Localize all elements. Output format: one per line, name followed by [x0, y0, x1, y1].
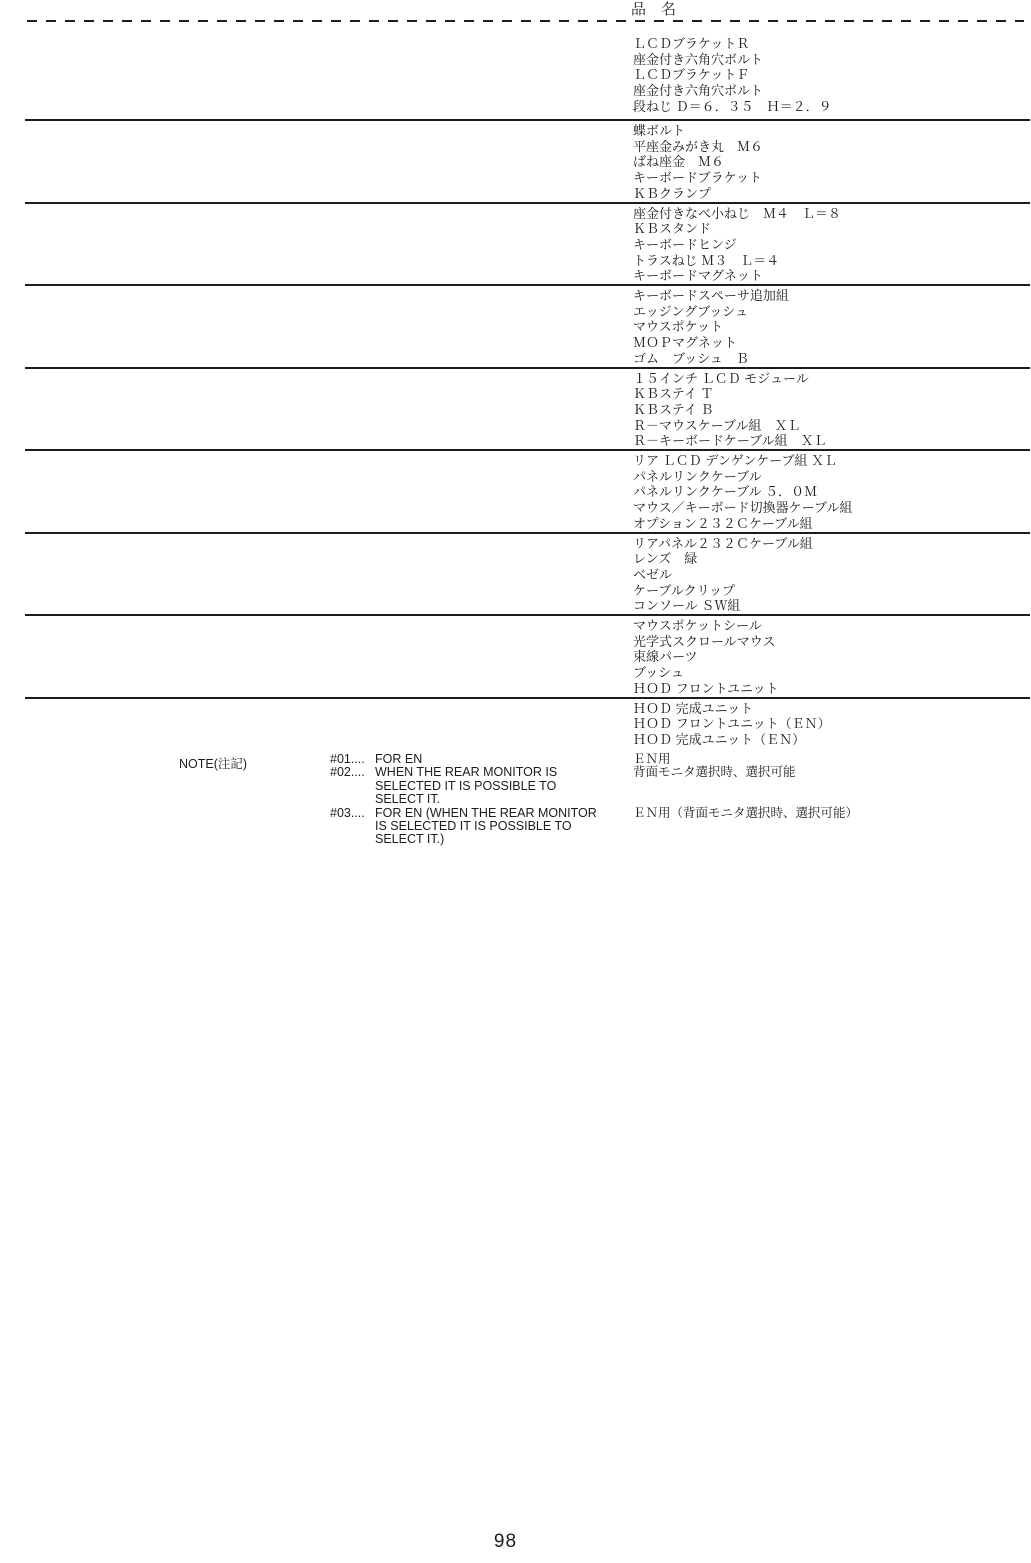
part-name-row: 座金付き六角穴ボルト [633, 83, 1030, 99]
part-name-row: ベゼル [633, 567, 1030, 583]
part-name-row: １５インチ ＬＣＤ モジュール [633, 371, 1030, 387]
part-name-row: キーボードヒンジ [633, 237, 1030, 253]
part-name-row: マウスポケットシール [633, 618, 1030, 634]
note-number: #03.... [330, 807, 375, 847]
parts-group: 蝶ボルト平座金みがき丸 Ｍ６ばね座金 Ｍ６キーボードブラケットＫＢクランプ [25, 119, 1030, 202]
note-text-line: SELECT IT.) [375, 833, 597, 846]
note-number: #02.... [330, 766, 375, 806]
note-text-line: SELECTED IT IS POSSIBLE TO [375, 780, 557, 793]
parts-group: １５インチ ＬＣＤ モジュールＫＢステイ ＴＫＢステイ ＢＲ－マウスケーブル組 … [25, 367, 1030, 450]
parts-group: マウスポケットシール光学式スクロールマウス束線パーツブッシュＨＯＤ フロントユニ… [25, 614, 1030, 697]
part-name-row: ケーブルクリップ [633, 583, 1030, 599]
part-name-row: ＭＯＰマグネット [633, 335, 1030, 351]
part-name-row: パネルリンクケーブル ５．０Ｍ [633, 484, 1030, 500]
part-name-row: リア ＬＣＤ デンゲンケーブ組 ＸＬ [633, 453, 1030, 469]
part-name-row: 光学式スクロールマウス [633, 634, 1030, 650]
note-text-line: WHEN THE REAR MONITOR IS [375, 766, 557, 779]
note-text-japanese: ＥＮ用（背面モニタ選択時、選択可能） [633, 807, 858, 820]
part-name-row: ＬＣＤブラケットＲ [633, 36, 1030, 52]
column-header-part-name: 品 名 [631, 2, 676, 18]
part-name-row: キーボードスペーサ追加組 [633, 288, 1030, 304]
part-name-row: コンソール ＳＷ組 [633, 598, 1030, 614]
part-name-row: 平座金みがき丸 Ｍ６ [633, 139, 1030, 155]
part-name-row: キーボードマグネット [633, 268, 1030, 284]
part-name-row: エッジングブッシュ [633, 304, 1030, 320]
parts-group: リア ＬＣＤ デンゲンケーブ組 ＸＬパネルリンクケーブルパネルリンクケーブル ５… [25, 449, 1030, 532]
part-name-row: ブッシュ [633, 665, 1030, 681]
note-label: NOTE(注記) [179, 754, 247, 772]
note-item: #02....WHEN THE REAR MONITOR ISSELECTED … [330, 766, 1031, 806]
parts-group: キーボードスペーサ追加組エッジングブッシュマウスポケットＭＯＰマグネットゴム ブ… [25, 284, 1030, 367]
note-number: #01.... [330, 753, 375, 766]
part-name-row: ＫＢスタンド [633, 221, 1030, 237]
parts-group: ＨＯＤ 完成ユニットＨＯＤ フロントユニット（ＥＮ）ＨＯＤ 完成ユニット（ＥＮ） [25, 697, 1030, 752]
part-name-row: 座金付きなべ小ねじ Ｍ４ Ｌ＝８ [633, 206, 1030, 222]
part-name-row: マウス／キーボード切換器ケーブル組 [633, 500, 1030, 516]
part-name-row: 束線パーツ [633, 649, 1030, 665]
note-text-line: FOR EN (WHEN THE REAR MONITOR [375, 807, 597, 820]
part-name-row: ＫＢステイ Ｔ [633, 386, 1030, 402]
part-name-row: ＨＯＤ 完成ユニット [633, 701, 1030, 717]
part-name-row: トラスねじ Ｍ３ Ｌ＝４ [633, 253, 1030, 269]
note-text-japanese: 背面モニタ選択時、選択可能 [633, 766, 796, 779]
note-items: #01....FOR ENＥＮ用#02....WHEN THE REAR MON… [330, 753, 1031, 847]
note-text-english: WHEN THE REAR MONITOR ISSELECTED IT IS P… [375, 766, 557, 806]
part-name-row: ＫＢクランプ [633, 186, 1030, 202]
part-name-row: ＨＯＤ 完成ユニット（ＥＮ） [633, 732, 1030, 748]
part-name-row: ＨＯＤ フロントユニット [633, 681, 1030, 697]
parts-group: 座金付きなべ小ねじ Ｍ４ Ｌ＝８ＫＢスタンドキーボードヒンジトラスねじ Ｍ３ Ｌ… [25, 202, 1030, 285]
part-name-row: 蝶ボルト [633, 123, 1030, 139]
parts-group: リアパネル２３２Ｃケーブル組レンズ 緑ベゼルケーブルクリップコンソール ＳＷ組 [25, 532, 1030, 615]
part-name-row: Ｒ－マウスケーブル組 ＸＬ [633, 418, 1030, 434]
note-text-english: FOR EN [375, 753, 422, 766]
note-text-english: FOR EN (WHEN THE REAR MONITORIS SELECTED… [375, 807, 597, 847]
part-name-row: Ｒ－キーボードケーブル組 ＸＬ [633, 433, 1030, 449]
part-name-row: レンズ 緑 [633, 551, 1030, 567]
part-name-row: ＫＢステイ Ｂ [633, 402, 1030, 418]
note-text-line: FOR EN [375, 753, 422, 766]
part-name-row: マウスポケット [633, 319, 1030, 335]
part-name-row: ＨＯＤ フロントユニット（ＥＮ） [633, 716, 1030, 732]
part-name-row: 段ねじ Ｄ＝６．３５ Ｈ＝２．９ [633, 99, 1030, 115]
part-name-row: 座金付き六角穴ボルト [633, 52, 1030, 68]
note-item: #03....FOR EN (WHEN THE REAR MONITORIS S… [330, 807, 1031, 847]
part-name-row: パネルリンクケーブル [633, 469, 1030, 485]
part-name-row: ゴム ブッシュ Ｂ [633, 351, 1030, 367]
part-name-row: キーボードブラケット [633, 170, 1030, 186]
page-number: 98 [0, 1531, 1011, 1553]
parts-group: ＬＣＤブラケットＲ座金付き六角穴ボルトＬＣＤブラケットＦ座金付き六角穴ボルト段ね… [25, 22, 1030, 119]
part-name-row: ＬＣＤブラケットＦ [633, 67, 1030, 83]
part-name-row: ばね座金 Ｍ６ [633, 154, 1030, 170]
parts-list: ＬＣＤブラケットＲ座金付き六角穴ボルトＬＣＤブラケットＦ座金付き六角穴ボルト段ね… [0, 22, 1031, 752]
part-name-row: オプション２３２Ｃケーブル組 [633, 516, 1030, 532]
note-text-line: IS SELECTED IT IS POSSIBLE TO [375, 820, 597, 833]
note-text-line: SELECT IT. [375, 793, 557, 806]
document-page: 品 名 ＬＣＤブラケットＲ座金付き六角穴ボルトＬＣＤブラケットＦ座金付き六角穴ボ… [0, 0, 1031, 1563]
part-name-row: リアパネル２３２Ｃケーブル組 [633, 536, 1030, 552]
